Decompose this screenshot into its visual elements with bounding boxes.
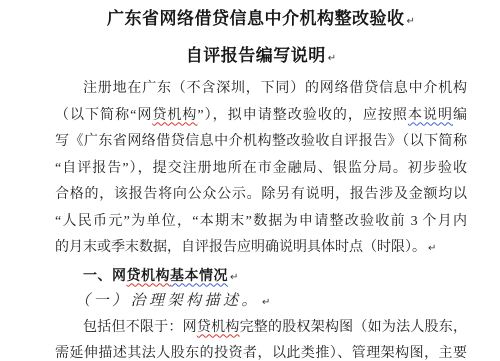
text-run: ”），拟申请整改验收的，应按照: [197, 108, 408, 123]
paragraph-mark-icon: ↵: [328, 53, 336, 64]
text-run: 注册地在广东（不含深圳，下同）的网络借贷信息中介机构: [83, 81, 467, 96]
paragraph-1-line-2: （以下简称“网贷机构”），拟申请整改验收的，应按照本说明编: [55, 103, 467, 130]
grammar-blue-squiggle: 基本情况: [170, 267, 228, 283]
paragraph-1-line-6: “人民币元”为单位，“本期末”数据为申请整改验收前 3 个月内: [55, 209, 467, 236]
spellcheck-red-squiggle: 贷机构: [197, 320, 240, 335]
spellcheck-red-squiggle: 贷机构: [152, 108, 197, 123]
text-run: 编: [453, 108, 467, 123]
text-run: 写《广东省网络借贷信息中介机构整改验收自评报告》（以下简称: [55, 134, 467, 149]
paragraph-mark-icon: ↵: [428, 243, 436, 254]
grammar-blue-squiggle: 本说明: [408, 108, 453, 123]
text-run: 完整的股权架构图（如为法人股东，: [240, 320, 467, 335]
paragraph-mark-icon: ↵: [262, 297, 270, 308]
section-heading-1: 一、网贷机构基本情况↵: [55, 262, 467, 289]
paragraph-1-line-1: 注册地在广东（不含深圳，下同）的网络借贷信息中介机构: [55, 76, 467, 103]
text-run: 需延伸描述其法人股东的投资者，以此类推）、管理架构图，主要: [55, 346, 467, 361]
text-run: 合格的，该报告将向公众公示。除另有说明，报告涉及金额均以: [55, 187, 467, 202]
paragraph-2-line-2: 需延伸描述其法人股东的投资者，以此类推）、管理架构图，主要: [55, 341, 467, 361]
paragraph-mark-icon: ↵: [407, 16, 415, 27]
text-run: 包括但不限于：网: [83, 320, 197, 335]
text-run: （一）治理架构描述。: [75, 293, 260, 309]
text-run: 广东省网络借贷信息中介机构整改验收: [107, 9, 405, 28]
paragraph-2-line-1: 包括但不限于：网贷机构完整的股权架构图（如为法人股东，: [55, 315, 467, 342]
text-run: 的月末或季末数据，自评报告应明确说明具体时点（时限）。: [55, 240, 426, 255]
spellcheck-red-squiggle: 贷机构: [127, 267, 171, 283]
text-run: 一、网: [83, 267, 127, 283]
paragraph-1-line-5: 合格的，该报告将向公众公示。除另有说明，报告涉及金额均以: [55, 182, 467, 209]
document-title-line-1: 广东省网络借贷信息中介机构整改验收↵: [55, 8, 467, 33]
paragraph-1-line-7: 的月末或季末数据，自评报告应明确说明具体时点（时限）。↵: [55, 235, 467, 262]
document-title-line-2: 自评报告编写说明↵: [55, 45, 467, 70]
document-content: 广东省网络借贷信息中介机构整改验收↵自评报告编写说明↵注册地在广东（不含深圳，下…: [0, 0, 500, 361]
section-subheading-1-1: （一）治理架构描述。↵: [55, 288, 467, 315]
paragraph-1-line-4: “自评报告”），提交注册地所在市金融局、银监分局。初步验收: [55, 156, 467, 183]
text-run: “人民币元”为单位，“本期末”数据为申请整改验收前 3 个月内: [55, 214, 467, 229]
document-page: 广东省网络借贷信息中介机构整改验收↵自评报告编写说明↵注册地在广东（不含深圳，下…: [0, 0, 500, 361]
paragraph-mark-icon: ↵: [230, 272, 238, 283]
text-run: （以下简称“网: [55, 108, 152, 123]
paragraph-1-line-3: 写《广东省网络借贷信息中介机构整改验收自评报告》（以下简称: [55, 129, 467, 156]
text-run: 自评报告编写说明: [186, 46, 326, 65]
text-run: “自评报告”），提交注册地所在市金融局、银监分局。初步验收: [55, 161, 467, 176]
